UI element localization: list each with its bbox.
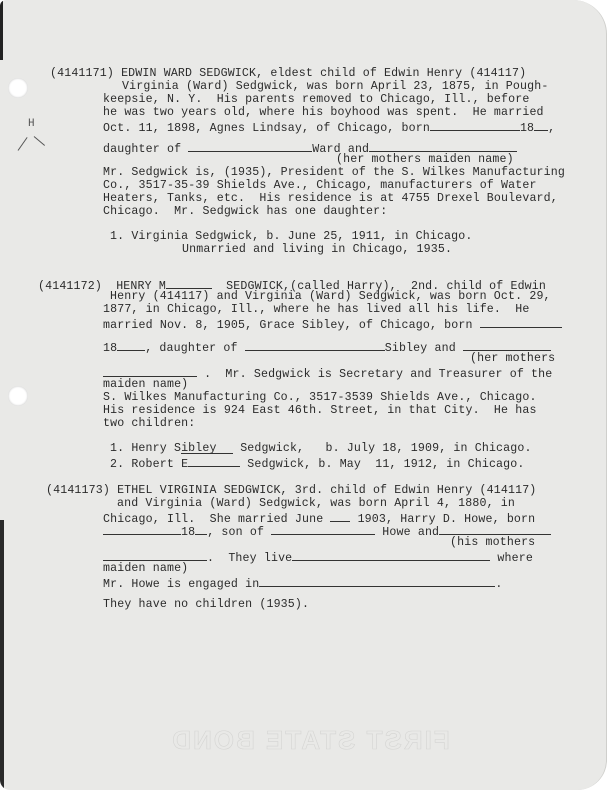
text-line: Oct. 11, 1898, Agnes Lindsay, of Chicago…	[103, 122, 430, 135]
text-line: Co., 3517-35-39 Shields Ave., Chicago, m…	[103, 179, 537, 192]
text-line: and Virginia (Ward) Sedgwick, was born A…	[117, 497, 515, 510]
blank-field	[463, 339, 551, 351]
paper-watermark: FIRST STATE BOND	[100, 725, 520, 756]
margin-tick-mark	[18, 137, 28, 151]
page-edge-shadow	[0, 520, 4, 790]
margin-note: H	[28, 118, 35, 130]
blank-field	[117, 339, 145, 351]
text-line: Chicago. Mr. Sedgwick has one daughter:	[103, 205, 387, 218]
entry-id: (4141172)	[38, 280, 102, 293]
blank-field	[369, 140, 517, 152]
text-line: he was two years old, where his boyhood …	[103, 106, 544, 119]
text-line: His residence is 924 East 46th. Street, …	[103, 404, 537, 417]
text-line: Heaters, Tanks, etc. His residence is at…	[103, 192, 558, 205]
child-item: 2. Robert E Sedgwick, b. May 11, 1912, i…	[110, 455, 525, 471]
entry-heading: EDWIN WARD SEDGWICK, eldest child of Edw…	[121, 67, 526, 80]
blank-field	[195, 523, 207, 535]
text-line: Henry (414117) and Virginia (Ward) Sedgw…	[110, 290, 551, 303]
blank-field	[245, 339, 385, 351]
field-caption: maiden name)	[103, 562, 188, 575]
field-caption: (his mothers	[450, 536, 535, 549]
text-line: S. Wilkes Manufacturing Co., 3517-3539 S…	[103, 391, 537, 404]
field-caption: (her mothers	[470, 352, 555, 365]
blank-field	[103, 523, 181, 535]
entry-heading: ETHEL VIRGINIA SEDGWICK, 3rd. child of E…	[117, 484, 536, 497]
blank-field	[103, 365, 197, 377]
blank-field	[188, 140, 312, 152]
text-line: Mr. Sedgwick is, (1935), President of th…	[103, 166, 565, 179]
text-line: keepsie, N. Y. His parents removed to Ch…	[103, 93, 529, 106]
entry-id: (4141173)	[46, 484, 110, 497]
blank-field	[103, 549, 207, 561]
child-note: Unmarried and living in Chicago, 1935.	[182, 243, 452, 256]
field-caption: maiden name)	[103, 378, 188, 391]
text-line: Virginia (Ward) Sedgwick, was born April…	[122, 80, 548, 93]
blank-field	[259, 575, 495, 587]
field-caption: (her mothers maiden name)	[336, 153, 514, 166]
blank-field	[534, 119, 548, 131]
blank-field	[480, 316, 562, 328]
blank-field	[166, 277, 212, 289]
text-line: They have no children (1935).	[103, 598, 309, 611]
punch-hole	[8, 78, 28, 98]
child-item: 1. Henry Sibley Sedgwick, b. July 18, 19…	[110, 442, 532, 455]
blank-field	[430, 119, 520, 131]
punch-hole	[8, 386, 28, 406]
blank-field	[292, 549, 490, 561]
blank-field	[188, 455, 240, 467]
blank-field	[439, 523, 551, 535]
blank-field	[330, 510, 350, 522]
text-line: two children:	[103, 417, 195, 430]
text-line: 1877, in Chicago, Ill., where he has liv…	[103, 303, 529, 316]
margin-tick-mark	[34, 136, 45, 146]
child-item: 1. Virginia Sedgwick, b. June 25, 1911, …	[110, 230, 472, 243]
document-page: H (4141171) EDWIN WARD SEDGWICK, eldest …	[0, 0, 607, 790]
entry-id: (4141171)	[50, 67, 114, 80]
blank-field	[271, 523, 375, 535]
